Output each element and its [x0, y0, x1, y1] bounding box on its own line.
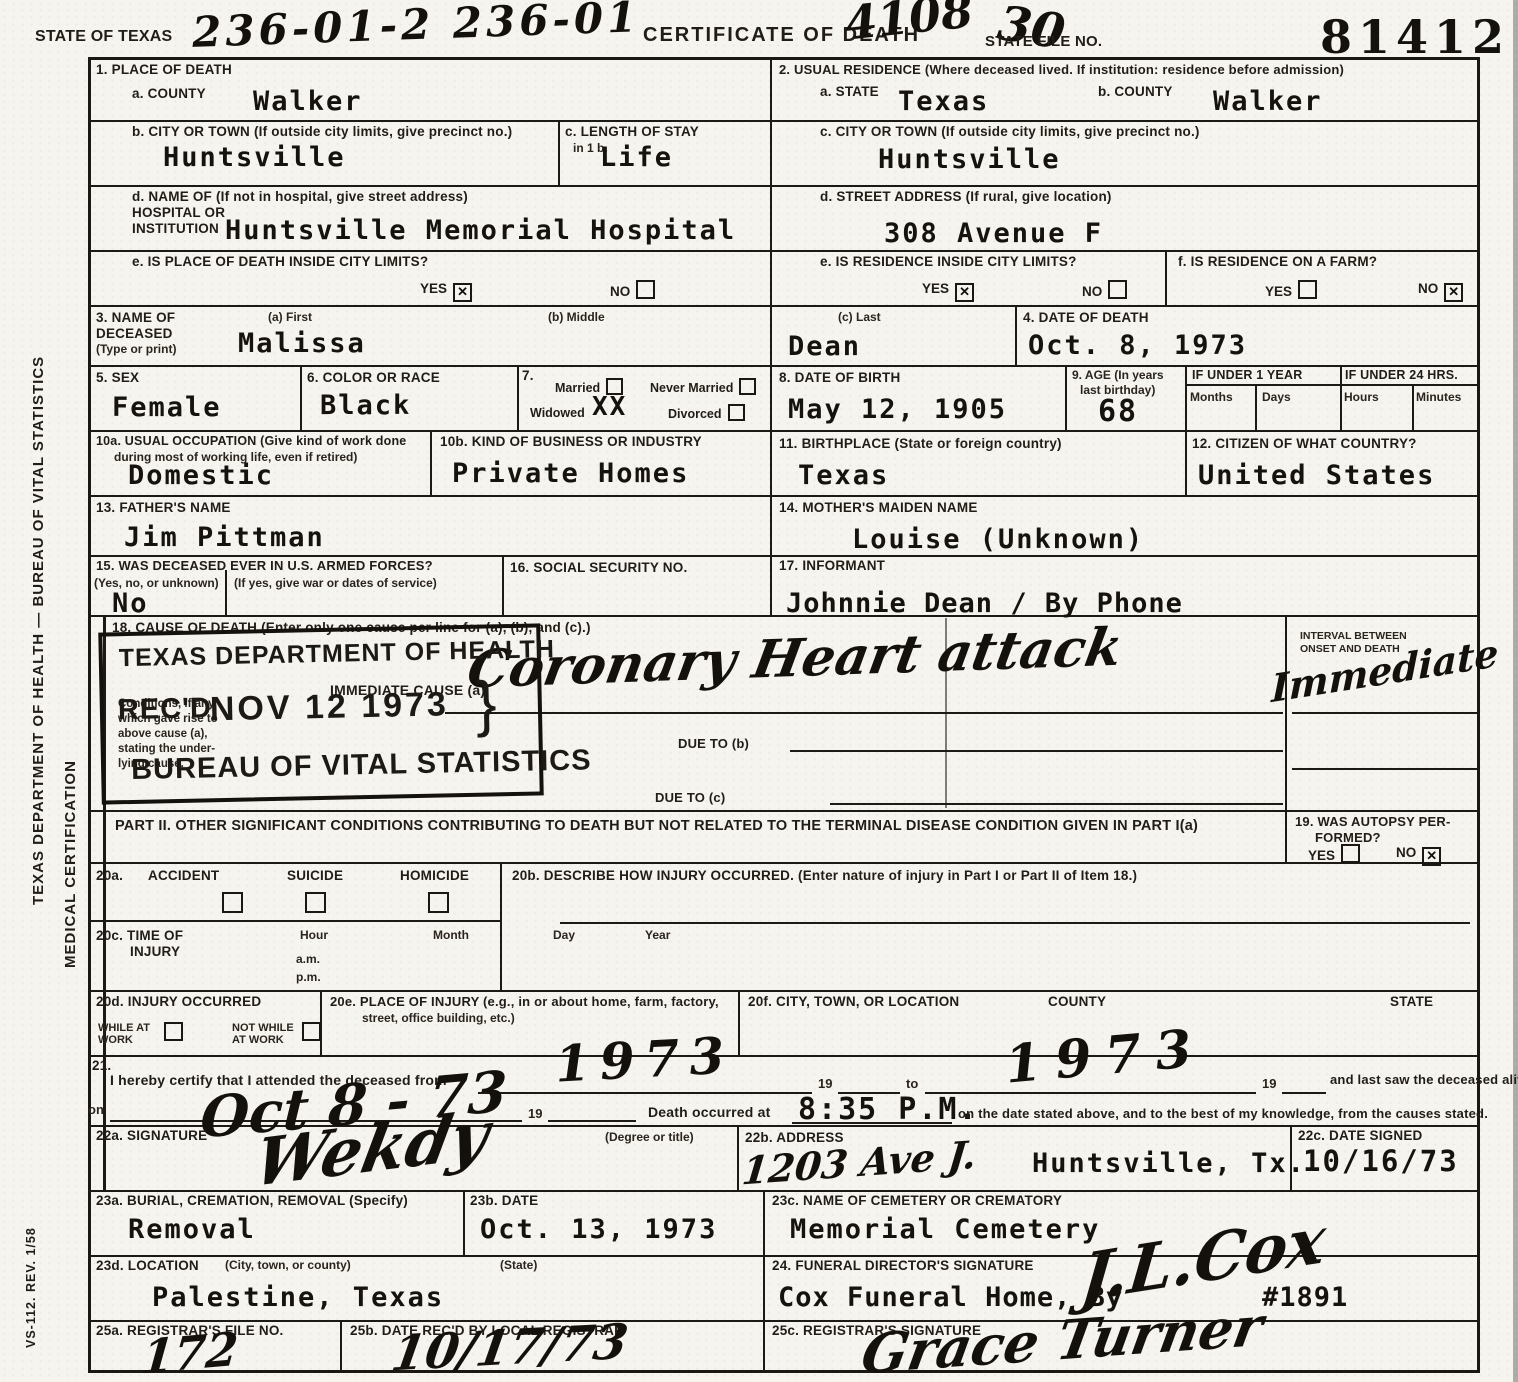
- checkbox-empty: [164, 1022, 183, 1041]
- checkbox-empty: [302, 1022, 321, 1041]
- social-security-label: 16. SOCIAL SECURITY NO.: [510, 560, 687, 575]
- rule: [478, 1092, 812, 1094]
- citizen-label: 12. CITIZEN OF WHAT COUNTRY?: [1192, 436, 1417, 451]
- month-label: Month: [433, 928, 469, 942]
- rule: [1015, 305, 1017, 365]
- residence-farm-yes: YES: [1265, 280, 1317, 301]
- armed-forces-value: No: [112, 588, 149, 619]
- residence-farm-no: NO✕: [1418, 280, 1463, 302]
- rule: [1185, 365, 1187, 430]
- stamp-recd-label: REC'D: [118, 692, 213, 727]
- 19-blank-1: 19: [818, 1076, 832, 1091]
- date-of-death-value: Oct. 8, 1973: [1028, 330, 1247, 361]
- death-city-limits-no: NO: [610, 280, 655, 301]
- rule: [1065, 365, 1067, 430]
- rule: [560, 922, 1470, 924]
- handwritten-file-codes: 236-01-2 236-01: [191, 0, 641, 57]
- fathers-name-label: 13. FATHER'S NAME: [96, 500, 231, 515]
- rule: [763, 1190, 765, 1373]
- county-label: a. COUNTY: [132, 86, 206, 101]
- rule: [445, 712, 1283, 714]
- burial-date-label: 23b. DATE: [470, 1193, 538, 1208]
- date-of-birth-label: 8. DATE OF BIRTH: [779, 370, 900, 385]
- name-of-deceased-label-2: DECEASED: [96, 326, 173, 341]
- mothers-maiden-name-label: 14. MOTHER'S MAIDEN NAME: [779, 500, 978, 515]
- checkbox-checked: ✕: [453, 283, 472, 302]
- checkbox-empty: [728, 404, 745, 421]
- hour-label: Hour: [300, 928, 328, 942]
- while-at-work-label-2: WORK: [98, 1034, 133, 1046]
- last-name-label: (c) Last: [838, 310, 881, 324]
- rule: [463, 1190, 465, 1255]
- date-of-death-label: 4. DATE OF DEATH: [1023, 310, 1149, 325]
- certify-text-2: and last saw the deceased alive: [1330, 1072, 1518, 1087]
- date-of-birth-value: May 12, 1905: [788, 394, 1007, 425]
- place-of-injury-label-2: street, office building, etc.): [362, 1011, 515, 1025]
- minutes-label: Minutes: [1416, 390, 1461, 404]
- stamp-date: NOV 12 1973: [209, 685, 449, 729]
- received-stamp: TEXAS DEPARTMENT OF HEALTH REC'D NOV 12 …: [98, 623, 544, 804]
- days-label: Days: [1262, 390, 1291, 404]
- death-certificate-scan: STATE OF TEXAS 236-01-2 236-01 CERTIFICA…: [0, 0, 1518, 1382]
- rule: [738, 990, 740, 1055]
- yes-label: YES: [1308, 848, 1335, 863]
- handwritten-number-2: 30: [994, 0, 1069, 61]
- while-at-work-label-1: WHILE AT: [98, 1022, 150, 1034]
- rule: [225, 570, 227, 615]
- months-label: Months: [1190, 390, 1233, 404]
- registrar-file-no-value: 172: [140, 1322, 240, 1382]
- cemetery-name-label: 23c. NAME OF CEMETERY OR CREMATORY: [772, 1193, 1062, 1208]
- rule: [1185, 430, 1187, 495]
- rule: [430, 430, 432, 495]
- death-county-value: Walker: [253, 86, 363, 117]
- rule: [88, 920, 500, 922]
- rule: [88, 1320, 1480, 1322]
- street-address-value: 308 Avenue F: [884, 218, 1103, 249]
- not-while-at-work-label-2: AT WORK: [232, 1034, 284, 1046]
- rule: [88, 1055, 1480, 1057]
- rule: [548, 1120, 636, 1122]
- rule: [1285, 615, 1287, 862]
- marital-status-number: 7.: [522, 368, 534, 383]
- rule: [792, 1122, 952, 1124]
- race-value: Black: [320, 390, 411, 421]
- residence-city-label: c. CITY OR TOWN (If outside city limits,…: [820, 124, 1200, 139]
- state-of-texas-label: STATE OF TEXAS: [35, 28, 172, 46]
- rule: [88, 305, 1480, 307]
- suicide-label: SUICIDE: [287, 868, 343, 883]
- certify-text-3: on the date stated above, and to the bes…: [958, 1106, 1488, 1121]
- widowed-option: Widowed: [530, 404, 585, 422]
- item-21-number: 21.: [92, 1058, 111, 1073]
- 19-blank-3: 19: [528, 1106, 542, 1121]
- state-file-no-label: STATE FILE NO.: [985, 33, 1102, 50]
- informant-value: Johnnie Dean / By Phone: [786, 588, 1183, 619]
- usual-residence-title: 2. USUAL RESIDENCE (Where deceased lived…: [779, 62, 1344, 77]
- year-label: Year: [645, 928, 670, 942]
- if-under-24-hrs-label: IF UNDER 24 HRS.: [1345, 368, 1458, 382]
- handwritten-attended-from-year: 1973: [554, 1025, 736, 1093]
- divorced-option: Divorced: [668, 404, 745, 423]
- burial-cremation-removal-label: 23a. BURIAL, CREMATION, REMOVAL (Specify…: [96, 1193, 408, 1208]
- burial-location-sublabel-2: (State): [500, 1258, 537, 1272]
- date-signed-label: 22c. DATE SIGNED: [1298, 1128, 1422, 1143]
- stamp-line-3: BUREAU OF VITAL STATISTICS: [131, 744, 592, 787]
- yes-label: YES: [420, 281, 447, 296]
- age-label: 9. AGE (In years: [1072, 368, 1164, 382]
- checkbox-checked: ✕: [955, 283, 974, 302]
- am-label: a.m.: [296, 952, 320, 966]
- place-of-death-title: 1. PLACE OF DEATH: [96, 62, 232, 77]
- rule: [517, 365, 519, 430]
- rule: [770, 57, 772, 615]
- burial-type-value: Removal: [128, 1214, 256, 1245]
- residence-state-value: Texas: [898, 86, 989, 117]
- autopsy-label-2: FORMED?: [1315, 830, 1381, 845]
- autopsy-label-1: 19. WAS AUTOPSY PER-: [1295, 814, 1450, 829]
- residence-county-value: Walker: [1213, 86, 1323, 117]
- sex-value: Female: [112, 392, 222, 423]
- no-label: NO: [610, 284, 630, 299]
- rule: [88, 365, 1480, 367]
- rule: [1165, 250, 1167, 305]
- hospital-name-label: d. NAME OF (If not in hospital, give str…: [132, 189, 468, 204]
- checkbox-empty: [1298, 280, 1317, 299]
- rule: [340, 1320, 342, 1373]
- due-to-b-label: DUE TO (b): [678, 736, 749, 751]
- rule: [1255, 384, 1257, 430]
- checkbox-empty: [1108, 280, 1127, 299]
- burial-location-value: Palestine, Texas: [152, 1282, 444, 1313]
- time-of-injury-label-1: 20c. TIME OF: [96, 928, 183, 943]
- rule: [502, 555, 504, 615]
- residence-county-label: b. COUNTY: [1098, 84, 1173, 99]
- rule: [88, 430, 1480, 432]
- injury-occurred-label: 20d. INJURY OCCURRED: [96, 994, 261, 1009]
- suicide-checkbox: [299, 892, 326, 915]
- no-label: NO: [1396, 845, 1416, 860]
- length-of-stay-value: Life: [600, 142, 673, 173]
- burial-location-label: 23d. LOCATION: [96, 1258, 199, 1273]
- funeral-director-signature-label: 24. FUNERAL DIRECTOR'S SIGNATURE: [772, 1258, 1034, 1273]
- autopsy-no: NO✕: [1396, 844, 1441, 866]
- middle-name-label: (b) Middle: [548, 310, 605, 324]
- rule: [88, 555, 1480, 557]
- cemetery-name-value: Memorial Cemetery: [790, 1214, 1100, 1245]
- checkbox-checked: ✕: [1444, 283, 1463, 302]
- address-city-value: Huntsville, Tx.: [1032, 1148, 1306, 1179]
- citizen-value: United States: [1198, 460, 1435, 491]
- degree-or-title-label: (Degree or title): [605, 1130, 694, 1144]
- rule: [1282, 1092, 1326, 1094]
- death-city-limits-yes: YES✕: [420, 280, 472, 302]
- rule: [830, 803, 1283, 805]
- never-married-label: Never Married: [650, 381, 733, 395]
- rule: [88, 250, 1480, 252]
- death-occurred-label: Death occurred at: [648, 1104, 770, 1120]
- rule: [300, 365, 302, 430]
- sidebar-medical-certification-text: MEDICAL CERTIFICATION: [62, 642, 79, 1087]
- place-of-injury-label-1: 20e. PLACE OF INJURY (e.g., in or about …: [330, 994, 719, 1009]
- funeral-director-license-number: #1891: [1262, 1282, 1348, 1313]
- death-city-label: b. CITY OR TOWN (If outside city limits,…: [132, 124, 512, 139]
- sex-label: 5. SEX: [96, 370, 139, 385]
- checkbox-empty: [222, 892, 243, 913]
- due-to-c-label: DUE TO (c): [655, 790, 725, 805]
- interval-label-1: INTERVAL BETWEEN: [1300, 630, 1407, 642]
- rule: [737, 1125, 739, 1190]
- yes-label: YES: [922, 281, 949, 296]
- rule: [88, 810, 1480, 812]
- rule: [1185, 384, 1480, 386]
- rule: [88, 990, 1480, 992]
- rule: [1292, 768, 1478, 770]
- hospital-name-label-2: HOSPITAL OR: [132, 205, 225, 220]
- state-file-number: 81412: [1320, 10, 1510, 64]
- armed-forces-label: 15. WAS DECEASED EVER IN U.S. ARMED FORC…: [96, 558, 433, 573]
- to-label: to: [906, 1076, 918, 1091]
- date-signed-value: 10/16/73: [1303, 1144, 1459, 1178]
- hospital-name-value: Huntsville Memorial Hospital: [225, 215, 736, 246]
- accident-label: ACCIDENT: [148, 868, 219, 883]
- widowed-label: Widowed: [530, 406, 585, 420]
- if-under-1-year-label: IF UNDER 1 YEAR: [1192, 368, 1302, 382]
- stamp-brace: }: [475, 668, 498, 739]
- residence-farm-label: f. IS RESIDENCE ON A FARM?: [1178, 254, 1377, 269]
- first-name-value: Malissa: [238, 328, 366, 359]
- last-name-value: Dean: [788, 331, 861, 362]
- fathers-name-value: Jim Pittman: [124, 522, 325, 553]
- day-label: Day: [553, 928, 575, 942]
- rule: [88, 495, 1480, 497]
- part-ii-text: PART II. OTHER SIGNIFICANT CONDITIONS CO…: [115, 818, 1198, 834]
- hours-label: Hours: [1344, 390, 1379, 404]
- form-number-text: VS-112. REV. 1/58: [24, 1200, 38, 1375]
- injury-county-label: COUNTY: [1048, 994, 1106, 1009]
- armed-forces-sublabel-2: (If yes, give war or dates of service): [234, 576, 437, 590]
- describe-injury-label: 20b. DESCRIBE HOW INJURY OCCURRED. (Ente…: [512, 868, 1137, 883]
- death-city-value: Huntsville: [163, 142, 346, 173]
- not-while-at-work-label-1: NOT WHILE: [232, 1022, 294, 1034]
- rule: [500, 862, 502, 990]
- name-of-deceased-label: 3. NAME OF: [96, 310, 175, 325]
- birthplace-label: 11. BIRTHPLACE (State or foreign country…: [779, 436, 1062, 451]
- homicide-label: HOMICIDE: [400, 868, 469, 883]
- age-value: 68: [1098, 394, 1138, 429]
- rule: [1340, 365, 1342, 430]
- rule: [88, 862, 1480, 864]
- residence-city-limits-yes: YES✕: [922, 280, 974, 302]
- time-of-injury-label-2: INJURY: [130, 944, 180, 959]
- on-label: on: [88, 1102, 104, 1117]
- rule: [1412, 384, 1414, 430]
- no-label: NO: [1418, 281, 1438, 296]
- rule: [790, 750, 1283, 752]
- signature-label: 22a. SIGNATURE: [96, 1128, 207, 1143]
- widowed-xx-mark: XX: [592, 392, 627, 422]
- autopsy-yes: YES: [1308, 844, 1360, 865]
- rule: [88, 120, 1480, 122]
- item-20a-number: 20a.: [96, 868, 123, 883]
- checkbox-empty: [739, 378, 756, 395]
- checkbox-empty: [1341, 844, 1360, 863]
- business-industry-value: Private Homes: [452, 458, 689, 489]
- occupation-label: 10a. USUAL OCCUPATION (Give kind of work…: [96, 434, 406, 448]
- homicide-checkbox: [422, 892, 449, 915]
- residence-city-limits-label: e. IS RESIDENCE INSIDE CITY LIMITS?: [820, 254, 1077, 269]
- business-industry-label: 10b. KIND OF BUSINESS OR INDUSTRY: [440, 434, 702, 449]
- residence-city-limits-no: NO: [1082, 280, 1127, 301]
- occupation-value: Domestic: [128, 460, 274, 491]
- burial-date-value: Oct. 13, 1973: [480, 1214, 717, 1245]
- checkbox-empty: [636, 280, 655, 299]
- accident-checkbox: [216, 892, 243, 915]
- 19-blank-2: 19: [1262, 1076, 1276, 1091]
- residence-city-value: Huntsville: [878, 144, 1061, 175]
- checkbox-checked: ✕: [1422, 847, 1441, 866]
- first-name-label: (a) First: [268, 310, 312, 324]
- checkbox-empty: [428, 892, 449, 913]
- burial-location-sublabel-1: (City, town, or county): [225, 1258, 351, 1272]
- rule: [558, 120, 560, 185]
- color-or-race-label: 6. COLOR OR RACE: [307, 370, 440, 385]
- mothers-maiden-name-value: Louise (Unknown): [852, 524, 1144, 555]
- not-while-at-work-checkbox: [296, 1022, 321, 1043]
- rule: [88, 615, 1480, 617]
- never-married-option: Never Married: [650, 378, 756, 397]
- street-address-label: d. STREET ADDRESS (If rural, give locati…: [820, 189, 1112, 204]
- rule: [88, 185, 1480, 187]
- length-of-stay-label: c. LENGTH OF STAY: [565, 124, 699, 139]
- injury-city-label: 20f. CITY, TOWN, OR LOCATION: [748, 994, 959, 1009]
- no-label: NO: [1082, 284, 1102, 299]
- checkbox-empty: [305, 892, 326, 913]
- type-or-print-label: (Type or print): [96, 342, 176, 356]
- injury-state-label: STATE: [1390, 994, 1433, 1009]
- divorced-label: Divorced: [668, 407, 722, 421]
- yes-label: YES: [1265, 284, 1292, 299]
- rule: [1292, 712, 1478, 714]
- residence-state-label: a. STATE: [820, 84, 879, 99]
- hospital-name-label-3: INSTITUTION: [132, 221, 219, 236]
- informant-label: 17. INFORMANT: [779, 558, 885, 573]
- pm-label: p.m.: [296, 970, 321, 984]
- death-city-limits-label: e. IS PLACE OF DEATH INSIDE CITY LIMITS?: [132, 254, 428, 269]
- sidebar-department-text: TEXAS DEPARTMENT OF HEALTH — BUREAU OF V…: [30, 248, 47, 1012]
- while-at-work-checkbox: [158, 1022, 183, 1043]
- handwritten-number: 4108: [843, 0, 976, 51]
- birthplace-value: Texas: [798, 460, 889, 491]
